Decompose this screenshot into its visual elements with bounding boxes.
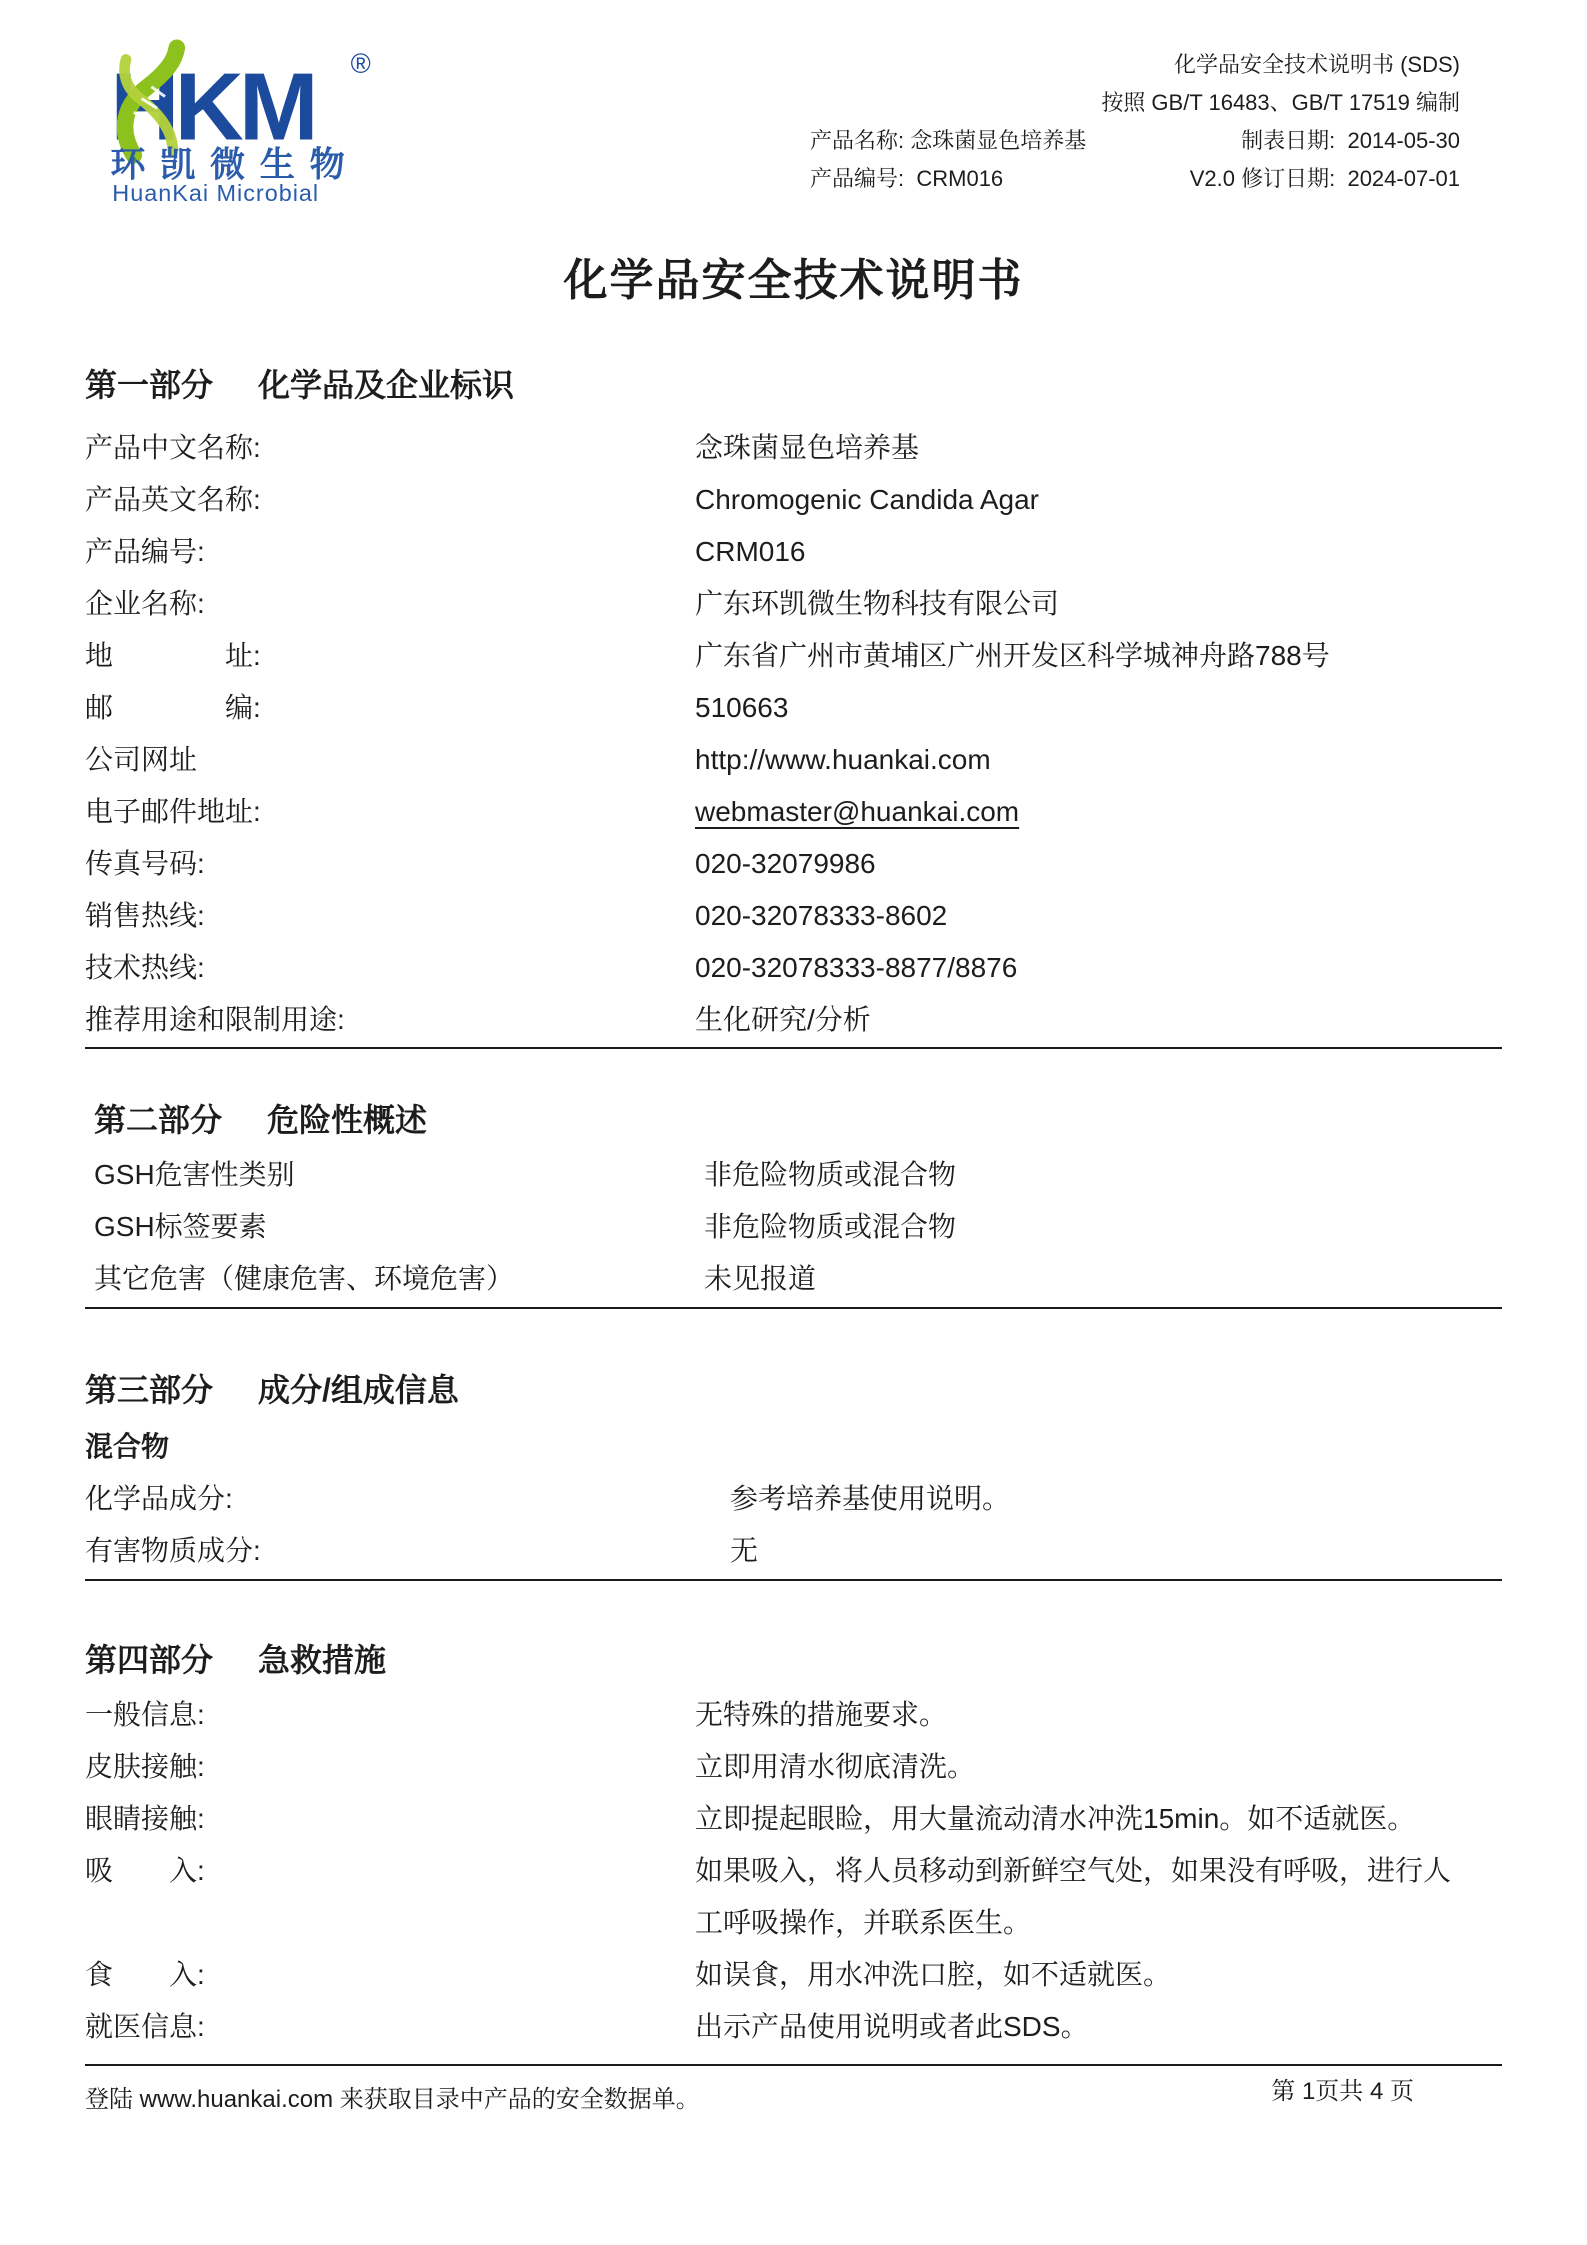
field-label: 就医信息: (85, 2001, 695, 2053)
section-4-number: 第四部分 (85, 1635, 213, 1681)
field-row: 皮肤接触:立即用清水彻底清洗。 (85, 1741, 1502, 1793)
field-label: 一般信息: (85, 1689, 695, 1741)
field-row: 传真号码:020-32079986 (85, 838, 1502, 890)
section-1-title: 化学品及企业标识 (258, 360, 514, 406)
section-1-rows: 产品中文名称:念珠菌显色培养基产品英文名称:Chromogenic Candid… (85, 422, 1502, 1046)
product-code-value: CRM016 (916, 166, 1003, 191)
field-label: 产品英文名称: (85, 474, 695, 526)
field-row: 邮 编:510663 (85, 682, 1502, 734)
field-value: 生化研究/分析 (695, 994, 1470, 1046)
field-value: 立即提起眼睑，用大量流动清水冲洗15min。如不适就医。 (695, 1793, 1470, 1845)
field-label: 产品编号: (85, 526, 695, 578)
section-4-rows: 一般信息:无特殊的措施要求。皮肤接触:立即用清水彻底清洗。眼睛接触:立即提起眼睑… (85, 1689, 1502, 2053)
field-value: 念珠菌显色培养基 (695, 422, 1470, 474)
section-1-number: 第一部分 (85, 360, 213, 406)
field-row: 眼睛接触:立即提起眼睑，用大量流动清水冲洗15min。如不适就医。 (85, 1793, 1502, 1845)
create-date-label: 制表日期: (1241, 128, 1335, 153)
field-row: 产品编号:CRM016 (85, 526, 1502, 578)
field-label: 化学品成分: (85, 1473, 730, 1525)
field-value: 参考培养基使用说明。 (730, 1473, 1502, 1525)
product-name-label: 产品名称: (810, 128, 904, 153)
field-label: 有害物质成分: (85, 1525, 730, 1577)
field-label: 地 址: (85, 630, 695, 682)
section-divider (85, 1307, 1502, 1309)
field-value: 未见报道 (704, 1253, 1479, 1305)
field-value: 无特殊的措施要求。 (695, 1689, 1470, 1741)
field-value: 020-32079986 (695, 838, 1470, 890)
section-2-rows: GSH危害性类别非危险物质或混合物GSH标签要素非危险物质或混合物其它危害（健康… (94, 1149, 1502, 1305)
product-code-cell: 产品编号: CRM016 (810, 160, 1003, 198)
svg-text:HKM: HKM (110, 54, 313, 161)
create-date-value: 2014-05-30 (1347, 128, 1460, 153)
field-value: 如果吸入，将人员移动到新鲜空气处，如果没有呼吸，进行人工呼吸操作，并联系医生。 (695, 1845, 1470, 1949)
sds-document-page: HKM ® 环凯微生物 HuanKai Microbial 化学品安全技术说明书… (0, 0, 1587, 2245)
section-2-heading: 第二部分 危险性概述 (94, 1095, 1502, 1141)
section-divider (85, 1579, 1502, 1581)
field-value: 广东环凯微生物科技有限公司 (695, 578, 1470, 630)
svg-text:®: ® (351, 48, 371, 79)
hkm-logo-graphic: HKM ® 环凯微生物 HuanKai Microbial (101, 38, 401, 206)
field-label: 吸 入: (85, 1845, 695, 1949)
field-row: 一般信息:无特殊的措施要求。 (85, 1689, 1502, 1741)
product-name-value: 念珠菌显色培养基 (910, 128, 1086, 153)
create-date-cell: 制表日期: 2014-05-30 (1241, 122, 1460, 160)
field-value: 020-32078333-8877/8876 (695, 942, 1470, 994)
field-row: 食 入:如误食，用水冲洗口腔，如不适就医。 (85, 1949, 1502, 2001)
section-1-heading: 第一部分 化学品及企业标识 (85, 360, 1502, 406)
field-label: 销售热线: (85, 890, 695, 942)
field-label: 其它危害（健康危害、环境危害） (94, 1253, 704, 1305)
field-value: 如误食，用水冲洗口腔，如不适就医。 (695, 1949, 1470, 2001)
field-label: GSH危害性类别 (94, 1149, 704, 1201)
field-label: 食 入: (85, 1949, 695, 2001)
field-row: 地 址:广东省广州市黄埔区广州开发区科学城神舟路788号 (85, 630, 1502, 682)
field-row: 企业名称:广东环凯微生物科技有限公司 (85, 578, 1502, 630)
field-label: 推荐用途和限制用途: (85, 994, 695, 1046)
field-value: Chromogenic Candida Agar (695, 474, 1470, 526)
section-first-aid-measures: 第四部分 急救措施 一般信息:无特殊的措施要求。皮肤接触:立即用清水彻底清洗。眼… (85, 1635, 1502, 2053)
field-row: 吸 入:如果吸入，将人员移动到新鲜空气处，如果没有呼吸，进行人工呼吸操作，并联系… (85, 1845, 1502, 1949)
field-value: 510663 (695, 682, 1470, 734)
field-value: 非危险物质或混合物 (704, 1149, 1479, 1201)
logo-company-en: HuanKai Microbial (112, 180, 319, 206)
field-label: 电子邮件地址: (85, 786, 695, 838)
section-3-rows: 化学品成分:参考培养基使用说明。有害物质成分:无 (85, 1473, 1502, 1577)
document-title: 化学品安全技术说明书 (85, 244, 1502, 308)
field-row: GSH危害性类别非危险物质或混合物 (94, 1149, 1502, 1201)
product-code-revision-line: 产品编号: CRM016 V2.0 修订日期: 2024-07-01 (810, 160, 1460, 198)
header-info-block: 化学品安全技术说明书 (SDS) 按照 GB/T 16483、GB/T 1751… (810, 46, 1460, 206)
field-label: 邮 编: (85, 682, 695, 734)
field-row: GSH标签要素非危险物质或混合物 (94, 1201, 1502, 1253)
product-code-label: 产品编号: (810, 166, 904, 191)
section-3-number: 第三部分 (85, 1365, 213, 1411)
field-value: http://www.huankai.com (695, 734, 1470, 786)
field-label: GSH标签要素 (94, 1201, 704, 1253)
field-value: 无 (730, 1525, 1502, 1577)
field-label: 传真号码: (85, 838, 695, 890)
section-3-title: 成分/组成信息 (258, 1365, 459, 1411)
field-row: 推荐用途和限制用途:生化研究/分析 (85, 994, 1502, 1046)
field-label: 公司网址 (85, 734, 695, 786)
field-label: 眼睛接触: (85, 1793, 695, 1845)
document-header: HKM ® 环凯微生物 HuanKai Microbial 化学品安全技术说明书… (85, 0, 1502, 206)
field-row: 公司网址http://www.huankai.com (85, 734, 1502, 786)
section-4-heading: 第四部分 急救措施 (85, 1635, 1502, 1681)
field-row: 技术热线:020-32078333-8877/8876 (85, 942, 1502, 994)
field-row: 就医信息:出示产品使用说明或者此SDS。 (85, 2001, 1502, 2053)
page-footer: 登陆 www.huankai.com 来获取目录中产品的安全数据单。 第 1页共… (85, 2064, 1502, 2114)
revision-date-value: 2024-07-01 (1347, 166, 1460, 191)
field-row: 电子邮件地址:webmaster@huankai.com (85, 786, 1502, 838)
standard-line: 按照 GB/T 16483、GB/T 17519 编制 (810, 84, 1460, 122)
doc-type-line: 化学品安全技术说明书 (SDS) (810, 46, 1460, 84)
email-link[interactable]: webmaster@huankai.com (695, 786, 1470, 838)
field-row: 销售热线:020-32078333-8602 (85, 890, 1502, 942)
section-divider (85, 1047, 1502, 1049)
field-value: 020-32078333-8602 (695, 890, 1470, 942)
field-row: 其它危害（健康危害、环境危害）未见报道 (94, 1253, 1502, 1305)
mixture-subheading: 混合物 (85, 1421, 1502, 1473)
field-label: 产品中文名称: (85, 422, 695, 474)
section-composition-info: 第三部分 成分/组成信息 混合物 化学品成分:参考培养基使用说明。有害物质成分:… (85, 1365, 1502, 1577)
logo-company-cn: 环凯微生物 (110, 146, 359, 185)
revision-cell: V2.0 修订日期: 2024-07-01 (1190, 160, 1460, 198)
footer-row: 登陆 www.huankai.com 来获取目录中产品的安全数据单。 第 1页共… (85, 2066, 1502, 2114)
field-value: 非危险物质或混合物 (704, 1201, 1479, 1253)
field-label: 技术热线: (85, 942, 695, 994)
hkm-logo: HKM ® 环凯微生物 HuanKai Microbial (101, 38, 401, 206)
field-label: 皮肤接触: (85, 1741, 695, 1793)
field-row: 产品英文名称:Chromogenic Candida Agar (85, 474, 1502, 526)
section-2-number: 第二部分 (94, 1095, 222, 1141)
field-value: 立即用清水彻底清洗。 (695, 1741, 1470, 1793)
field-row: 有害物质成分:无 (85, 1525, 1502, 1577)
field-value: CRM016 (695, 526, 1470, 578)
field-label: 企业名称: (85, 578, 695, 630)
field-row: 化学品成分:参考培养基使用说明。 (85, 1473, 1502, 1525)
section-3-heading: 第三部分 成分/组成信息 (85, 1365, 1502, 1411)
revision-label: V2.0 修订日期: (1190, 166, 1335, 191)
page-number: 第 1页共 4 页 (1271, 2071, 1414, 2106)
field-value: 广东省广州市黄埔区广州开发区科学城神舟路788号 (695, 630, 1470, 682)
footer-note: 登陆 www.huankai.com 来获取目录中产品的安全数据单。 (85, 2079, 700, 2114)
product-name-cell: 产品名称: 念珠菌显色培养基 (810, 122, 1086, 160)
field-value: 出示产品使用说明或者此SDS。 (695, 2001, 1470, 2053)
product-name-date-line: 产品名称: 念珠菌显色培养基 制表日期: 2014-05-30 (810, 122, 1460, 160)
section-2-title: 危险性概述 (267, 1095, 427, 1141)
section-chemical-company-identification: 第一部分 化学品及企业标识 产品中文名称:念珠菌显色培养基产品英文名称:Chro… (85, 360, 1502, 1046)
section-4-title: 急救措施 (258, 1635, 386, 1681)
section-hazard-overview: 第二部分 危险性概述 GSH危害性类别非危险物质或混合物GSH标签要素非危险物质… (94, 1095, 1502, 1305)
field-row: 产品中文名称:念珠菌显色培养基 (85, 422, 1502, 474)
